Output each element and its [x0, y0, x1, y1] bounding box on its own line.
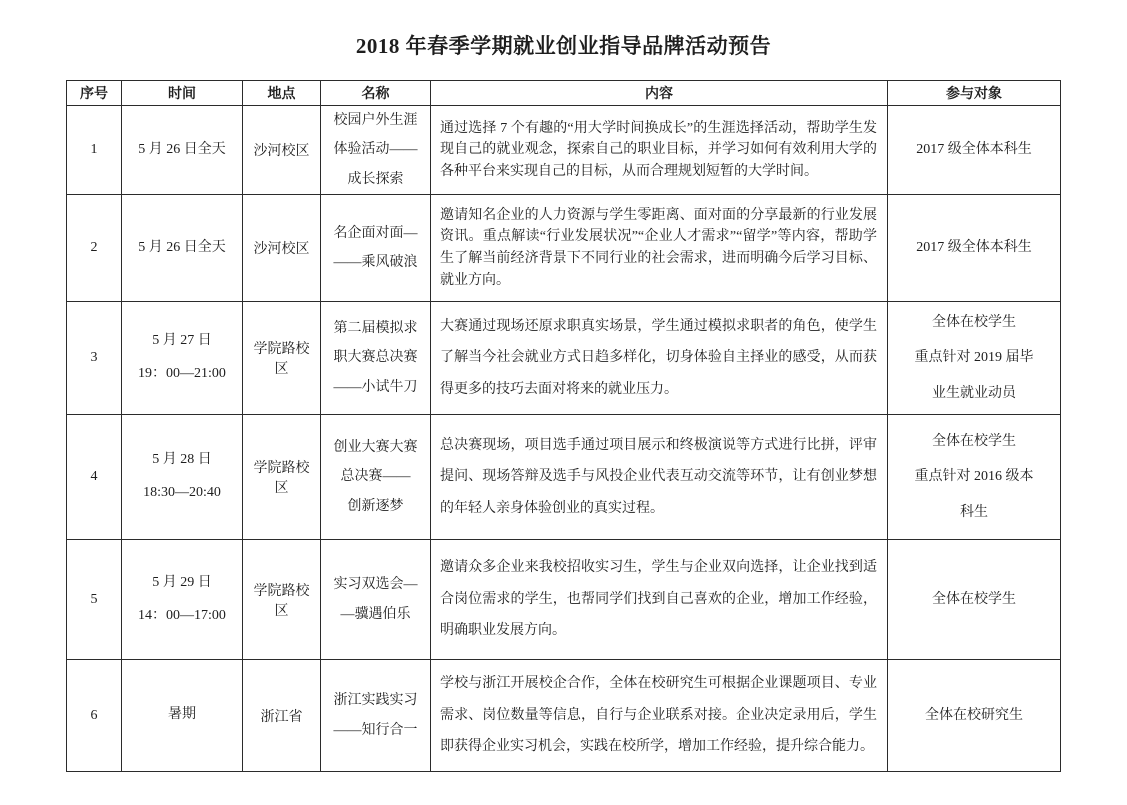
header-serial: 序号 — [67, 81, 122, 106]
audience-cell: 全体在校研究生 — [888, 660, 1061, 772]
name-cell: 浙江实践实习 ——知行合一 — [321, 660, 431, 772]
header-name: 名称 — [321, 81, 431, 106]
place-cell: 沙河校区 — [243, 106, 321, 195]
content-cell: 总决赛现场，项目选手通过项目展示和终极演说等方式进行比拼，评审提问、现场答辩及选… — [431, 415, 888, 540]
audience-cell: 全体在校学生 重点针对 2019 届毕 业生就业动员 — [888, 302, 1061, 415]
content-cell: 邀请众多企业来我校招收实习生，学生与企业双向选择，让企业找到适合岗位需求的学生，… — [431, 540, 888, 660]
time-cell: 5 月 27 日 19：00—21:00 — [122, 302, 243, 415]
header-content: 内容 — [431, 81, 888, 106]
table-row: 1 5 月 26 日全天 沙河校区 校园户外生涯 体验活动—— 成长探索 通过选… — [67, 106, 1061, 195]
place-cell: 学院路校区 — [243, 415, 321, 540]
table-row: 3 5 月 27 日 19：00—21:00 学院路校区 第二届模拟求 职大赛总… — [67, 302, 1061, 415]
header-time: 时间 — [122, 81, 243, 106]
document-page: 2018 年春季学期就业创业指导品牌活动预告 序号 时间 地点 名称 内容 参与… — [0, 0, 1127, 805]
content-cell: 邀请知名企业的人力资源与学生零距离、面对面的分享最新的行业发展资讯。重点解读“行… — [431, 195, 888, 302]
time-cell: 5 月 28 日 18:30—20:40 — [122, 415, 243, 540]
name-cell: 创业大赛大赛 总决赛—— 创新逐梦 — [321, 415, 431, 540]
serial-cell: 2 — [67, 195, 122, 302]
name-cell: 名企面对面— ——乘风破浪 — [321, 195, 431, 302]
serial-cell: 6 — [67, 660, 122, 772]
audience-cell: 2017 级全体本科生 — [888, 195, 1061, 302]
serial-cell: 3 — [67, 302, 122, 415]
time-cell: 5 月 29 日 14：00—17:00 — [122, 540, 243, 660]
name-cell: 校园户外生涯 体验活动—— 成长探索 — [321, 106, 431, 195]
content-cell: 大赛通过现场还原求职真实场景，学生通过模拟求职者的角色，使学生了解当今社会就业方… — [431, 302, 888, 415]
header-audience: 参与对象 — [888, 81, 1061, 106]
activities-table: 序号 时间 地点 名称 内容 参与对象 1 5 月 26 日全天 沙河校区 校园… — [66, 80, 1061, 772]
audience-cell: 全体在校学生 重点针对 2016 级本 科生 — [888, 415, 1061, 540]
table-row: 4 5 月 28 日 18:30—20:40 学院路校区 创业大赛大赛 总决赛—… — [67, 415, 1061, 540]
table-row: 2 5 月 26 日全天 沙河校区 名企面对面— ——乘风破浪 邀请知名企业的人… — [67, 195, 1061, 302]
name-cell: 第二届模拟求 职大赛总决赛 ——小试牛刀 — [321, 302, 431, 415]
content-cell: 学校与浙江开展校企合作，全体在校研究生可根据企业课题项目、专业需求、岗位数量等信… — [431, 660, 888, 772]
place-cell: 学院路校区 — [243, 302, 321, 415]
serial-cell: 5 — [67, 540, 122, 660]
document-title: 2018 年春季学期就业创业指导品牌活动预告 — [0, 30, 1127, 60]
audience-cell: 全体在校学生 — [888, 540, 1061, 660]
name-cell: 实习双选会— —骥遇伯乐 — [321, 540, 431, 660]
serial-cell: 1 — [67, 106, 122, 195]
time-cell: 5 月 26 日全天 — [122, 195, 243, 302]
header-place: 地点 — [243, 81, 321, 106]
audience-cell: 2017 级全体本科生 — [888, 106, 1061, 195]
place-cell: 学院路校区 — [243, 540, 321, 660]
place-cell: 沙河校区 — [243, 195, 321, 302]
time-cell: 5 月 26 日全天 — [122, 106, 243, 195]
table-row: 6 暑期 浙江省 浙江实践实习 ——知行合一 学校与浙江开展校企合作，全体在校研… — [67, 660, 1061, 772]
table-row: 5 5 月 29 日 14：00—17:00 学院路校区 实习双选会— —骥遇伯… — [67, 540, 1061, 660]
content-cell: 通过选择 7 个有趣的“用大学时间换成长”的生涯选择活动，帮助学生发现自己的就业… — [431, 106, 888, 195]
time-cell: 暑期 — [122, 660, 243, 772]
serial-cell: 4 — [67, 415, 122, 540]
place-cell: 浙江省 — [243, 660, 321, 772]
header-row: 序号 时间 地点 名称 内容 参与对象 — [67, 81, 1061, 106]
